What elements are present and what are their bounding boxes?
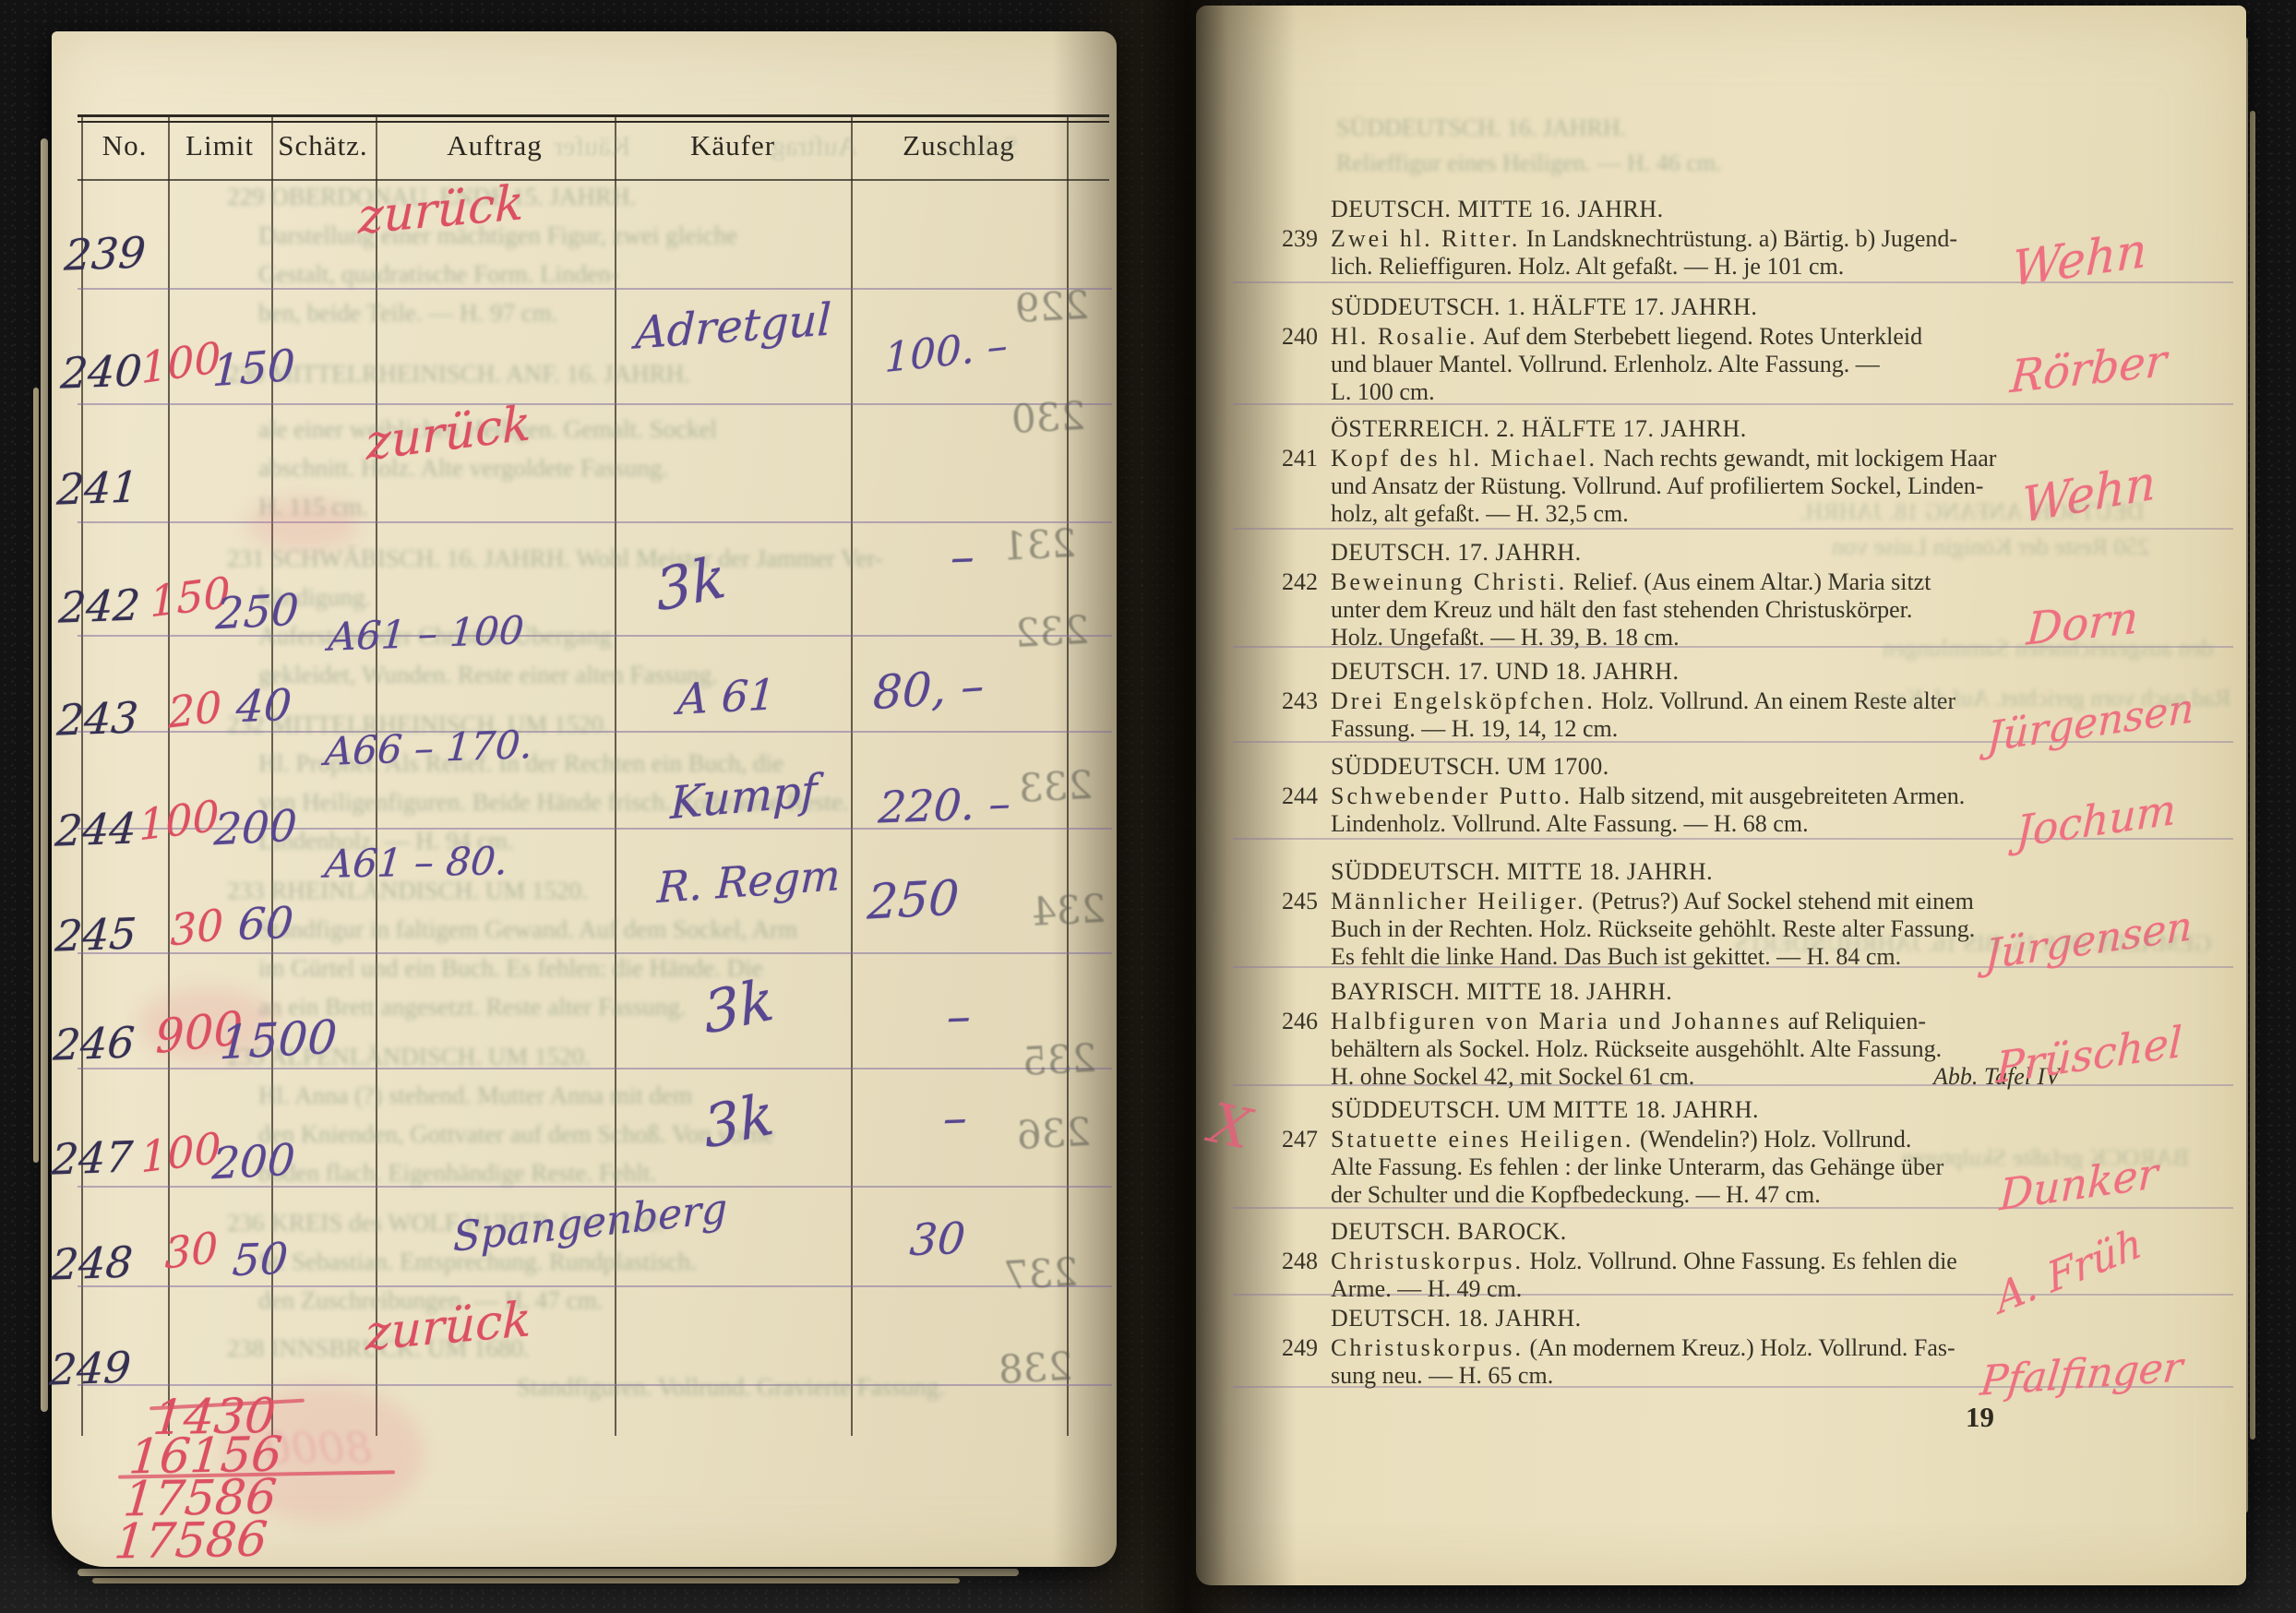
entry-first-line: Zwei hl. Ritter. In Landsknechtrüstung. … — [1331, 225, 1957, 253]
ghost-print-line: 231 SCHWÄBISCH. 16. JAHRH. Wohl Meister … — [227, 544, 883, 573]
handwriting-schatz-245: 60 — [236, 898, 295, 950]
entry-line: und blauer Mantel. Vollrund. Erlenholz. … — [1331, 351, 1880, 378]
handwriting-auftrag-244: A66 – 170. — [323, 722, 533, 774]
entry-heading: SÜDDEUTSCH. MITTE 18. JAHRH. — [1331, 858, 1713, 886]
ghost-print-line: gekleidet, Wunden. Reste einer alten Fas… — [258, 661, 718, 689]
handwriting-limit-244: 100 — [138, 791, 220, 851]
entry-number: 248 — [1244, 1248, 1318, 1275]
ghost-print-line: den Knienden, Gottvater auf dem Schoß. V… — [258, 1120, 774, 1149]
column-header-Limit: Limit — [185, 129, 254, 162]
handwriting-kaufer-242: 3k — [652, 543, 729, 625]
handwriting-schatz-242: 250 — [215, 585, 300, 640]
entry-lead: Statuette eines Heiligen. — [1331, 1126, 1633, 1153]
ghost-print-line: Gestalt, quadratische Form. Linden- — [258, 260, 619, 289]
ghost-print-line: den ausgezeichneten Sammlungen — [1883, 635, 2213, 663]
entry-line: Fassung. — H. 19, 14, 12 cm. — [1331, 715, 1618, 743]
handwriting-limit-247: 100 — [140, 1123, 221, 1183]
ghost-print-line: im Gürtel und ein Buch. Es fehlen: die H… — [258, 954, 763, 983]
entry-heading: DEUTSCH. 18. JAHRH. — [1331, 1305, 1582, 1332]
entry-number: 242 — [1244, 568, 1318, 596]
entry-line: holz, alt gefaßt. — H. 32,5 cm. — [1331, 500, 1629, 528]
ghost-lot-number: 230 — [1010, 393, 1087, 442]
column-header-Schtz: Schätz. — [278, 129, 367, 162]
entry-lead: Beweinung Christi. — [1331, 568, 1567, 595]
ghost-print-line: SÜDDEUTSCH. 16. JAHRH. — [1336, 114, 1626, 142]
entry-heading: DEUTSCH. BAROCK. — [1331, 1218, 1567, 1246]
handwriting-zuschlag-246: – — [945, 988, 973, 1045]
entry-first-line: Beweinung Christi. Relief. (Aus einem Al… — [1331, 568, 1931, 596]
handwriting-lot-242: 242 — [57, 579, 142, 632]
entry-number: 239 — [1244, 225, 1318, 253]
ghost-lot-number: 236 — [1016, 1109, 1093, 1158]
handwriting-lot-239: 239 — [63, 227, 148, 280]
ghost-print-line: Standfigur in faltigem Gewand. Auf dem S… — [258, 915, 797, 944]
handwriting-kaufer-243: A 61 — [676, 669, 777, 724]
column-header-Kufer: Käufer — [690, 129, 775, 162]
entry-first-line: Christuskorpus. (An modernem Kreuz.) Hol… — [1331, 1334, 1955, 1362]
handwriting-zuschlag-245: 250 — [866, 870, 960, 930]
ghost-header: Auftrag — [771, 131, 857, 162]
ghost-print-line: Hl. Anna (?) stehend. Mutter Anna mit de… — [258, 1081, 692, 1110]
entry-line: H. ohne Sockel 42, mit Sockel 61 cm. — [1331, 1063, 1694, 1091]
handwriting-auftrag-243: A61 – 100 — [327, 607, 525, 660]
handwriting-lot-247: 247 — [50, 1131, 135, 1184]
handwriting-lot-240: 240 — [59, 345, 144, 398]
ghost-print-line: 230 MITTELRHEINISCH. ANF. 16. JAHRH. — [227, 360, 690, 388]
handwriting-zuschlag-248: 30 — [908, 1213, 967, 1266]
sheet-edge — [92, 1578, 960, 1583]
entry-number: 246 — [1244, 1008, 1318, 1035]
handwriting-schatz-246: 1500 — [219, 1010, 339, 1070]
table-top-rule — [78, 121, 1109, 123]
handwriting-total-4: 17586 — [112, 1512, 269, 1571]
sheet-edge — [33, 388, 39, 1163]
ghost-print-line: DEUTSCH. ANFANG 18. JAHRH. — [1800, 498, 2145, 526]
entry-line: unter dem Kreuz und hält den fast stehen… — [1331, 596, 1912, 624]
handwriting-schatz-243: 40 — [234, 680, 293, 733]
entry-line: Holz. Ungefaßt. — H. 39, B. 18 cm. — [1331, 624, 1680, 651]
handwriting-lot-243: 243 — [55, 692, 140, 745]
handwriting-zuschlag-243: 80, – — [872, 659, 985, 721]
entry-line: Alte Fassung. Es fehlen : der linke Unte… — [1331, 1153, 1943, 1181]
entry-lead: Kopf des hl. Michael. — [1331, 445, 1597, 472]
ghost-print-line: BAROCK gefaßte Skulpturen — [1901, 1144, 2189, 1172]
entry-separator — [1233, 528, 2233, 530]
handwriting-zuschlag-247: – — [941, 1090, 969, 1146]
ghost-header: Schätz. — [938, 131, 1018, 162]
column-divider — [851, 116, 853, 1436]
row-line — [78, 521, 1112, 523]
handwriting-lot-246: 246 — [52, 1017, 137, 1069]
entry-first-line: Halbfiguren von Maria und Johannes auf R… — [1331, 1008, 1926, 1035]
header-underline — [78, 179, 1109, 181]
ghost-print-line: Rad nach vorn gerichtet. Auf d. Kreuz — [1864, 685, 2230, 712]
handwriting-lot-244: 244 — [54, 803, 138, 855]
column-header-No: No. — [102, 129, 148, 162]
ghost-lot-number: 237 — [1003, 1249, 1080, 1298]
entry-first-line: Hl. Rosalie. Auf dem Sterbebett liegend.… — [1331, 323, 1922, 351]
entry-line: und Ansatz der Rüstung. Vollrund. Auf pr… — [1331, 472, 1983, 500]
page-number: 19 — [1966, 1401, 1994, 1434]
entry-line: der Schulter und die Kopfbedeckung. — H.… — [1331, 1181, 1821, 1209]
scanned-ledger-book: No.LimitSchätz.AuftragKäuferZuschlagKäuf… — [0, 0, 2296, 1613]
handwriting-zuschlag-242: – — [949, 529, 976, 585]
sheet-edge — [41, 138, 48, 1412]
entry-number: 243 — [1244, 687, 1318, 715]
ghost-print-line: GEMÄLDE DES 15. BIS 16. JAHRHUNDERTS — [1735, 930, 2211, 958]
sheet-edge — [2250, 111, 2255, 1440]
entry-lead: Zwei hl. Ritter. — [1331, 225, 1520, 252]
entry-first-line: Drei Engelsköpfchen. Holz. Vollrund. An … — [1331, 687, 1955, 715]
entry-first-line: Statuette eines Heiligen. (Wendelin?) Ho… — [1331, 1126, 1911, 1153]
entry-line: Arme. — H. 49 cm. — [1331, 1275, 1522, 1303]
entry-heading: SÜDDEUTSCH. UM MITTE 18. JAHRH. — [1331, 1096, 1759, 1124]
entry-lead: Christuskorpus. — [1331, 1248, 1524, 1274]
handwriting-limit-245: 30 — [170, 899, 224, 955]
handwriting-lot-245: 245 — [54, 908, 138, 961]
entry-line: Lindenholz. Vollrund. Alte Fassung. — H.… — [1331, 810, 1809, 838]
entry-number: 245 — [1244, 888, 1318, 915]
handwriting-lot-248: 248 — [50, 1237, 135, 1289]
entry-line: lich. Relieffiguren. Holz. Alt gefaßt. —… — [1331, 253, 1844, 281]
handwriting-zuschlag-244: 220. – — [877, 778, 1012, 833]
handwriting-limit-243: 20 — [168, 681, 222, 737]
entry-heading: ÖSTERREICH. 2. HÄLFTE 17. JAHRH. — [1331, 415, 1747, 443]
table-top-rule — [78, 114, 1109, 117]
entry-lead: Christuskorpus. — [1331, 1334, 1524, 1361]
ink-smudge — [247, 498, 358, 550]
handwriting-schatz-248: 50 — [231, 1234, 290, 1286]
sheet-edge — [78, 1569, 1019, 1576]
entry-heading: DEUTSCH. MITTE 16. JAHRH. — [1331, 196, 1664, 223]
ghost-lot-number: 235 — [1022, 1035, 1098, 1084]
entry-first-line: Schwebender Putto. Halb sitzend, mit aus… — [1331, 783, 1965, 810]
handwriting-lot-249: 249 — [48, 1342, 133, 1394]
ghost-header: Käufer — [554, 131, 630, 162]
entry-line: L. 100 cm. — [1331, 378, 1435, 406]
handwriting-kaufer-247: 3k — [700, 1080, 777, 1162]
entry-heading: SÜDDEUTSCH. UM 1700. — [1331, 753, 1609, 781]
entry-heading: BAYRISCH. MITTE 18. JAHRH. — [1331, 978, 1672, 1006]
handwriting-schatz-240: 150 — [211, 341, 295, 398]
ghost-lot-number: 231 — [1001, 520, 1078, 569]
ghost-print-line: Standfiguren. Vollrund. Gravierte Fassun… — [517, 1373, 945, 1402]
ghost-lot-number: 233 — [1018, 762, 1094, 811]
ghost-lot-number: 232 — [1014, 607, 1091, 656]
entry-number: 249 — [1244, 1334, 1318, 1362]
entry-lead: Männlicher Heiliger. — [1331, 888, 1586, 914]
entry-lead: Halbfiguren von Maria und Johannes — [1331, 1008, 1782, 1034]
handwriting-schatz-244: 200 — [213, 801, 298, 856]
ghost-print-line: boden flach. Eigenhändige Reste. Fehlt. — [258, 1159, 656, 1188]
handwriting-auftrag-245: A61 – 80. — [323, 838, 510, 887]
entry-line: behältern als Sockel. Holz. Rückseite au… — [1331, 1035, 1942, 1063]
entry-lead: Schwebender Putto. — [1331, 783, 1573, 809]
ghost-lot-number: 229 — [1014, 282, 1091, 331]
entry-number: 244 — [1244, 783, 1318, 810]
handwriting-schatz-247: 200 — [211, 1135, 296, 1190]
entry-number: 247 — [1244, 1126, 1318, 1153]
entry-heading: DEUTSCH. 17. JAHRH. — [1331, 539, 1582, 567]
entry-number: 240 — [1244, 323, 1318, 351]
entry-line: sung neu. — H. 65 cm. — [1331, 1362, 1553, 1390]
handwriting-lot-241: 241 — [55, 461, 140, 514]
column-header-Auftrag: Auftrag — [447, 129, 542, 162]
row-line — [78, 403, 1112, 405]
ghost-print-line: 250 Reste der Königin Luise von — [1832, 533, 2149, 561]
entry-lead: Hl. Rosalie. — [1331, 323, 1478, 350]
entry-first-line: Männlicher Heiliger. (Petrus?) Auf Socke… — [1331, 888, 1974, 915]
ghost-print-line: Relieffigur eines Heiligen. — H. 46 cm. — [1336, 149, 1722, 177]
handwriting-limit-248: 30 — [164, 1222, 219, 1278]
entry-lead: Drei Engelsköpfchen. — [1331, 687, 1596, 714]
entry-heading: SÜDDEUTSCH. 1. HÄLFTE 17. JAHRH. — [1331, 293, 1757, 321]
handwriting-kaufer-246: 3k — [700, 965, 777, 1047]
ghost-print-line: ben, beide Teile. — H. 97 cm. — [258, 299, 558, 328]
entry-number: 241 — [1244, 445, 1318, 472]
ghost-lot-number: 234 — [1031, 886, 1107, 935]
entry-first-line: Christuskorpus. Holz. Vollrund. Ohne Fas… — [1331, 1248, 1957, 1275]
ghost-lot-number: 238 — [998, 1344, 1074, 1392]
entry-heading: DEUTSCH. 17. UND 18. JAHRH. — [1331, 658, 1680, 686]
entry-first-line: Kopf des hl. Michael. Nach rechts gewand… — [1331, 445, 1996, 472]
